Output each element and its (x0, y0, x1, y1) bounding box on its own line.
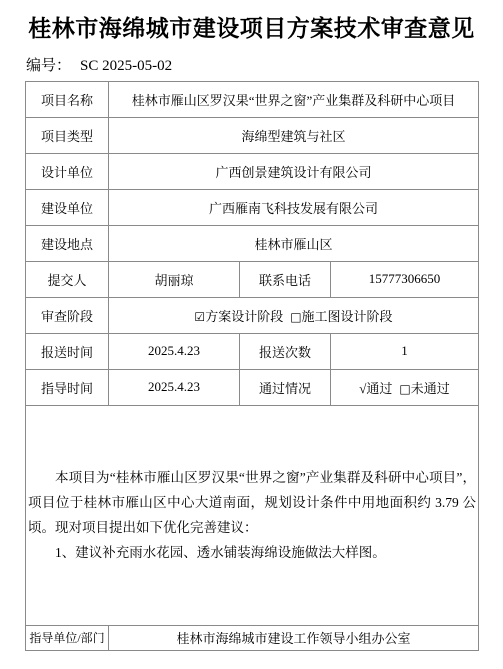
pass-status-fail-text: 未通过 (411, 381, 450, 396)
guide-time-value: 2025.4.23 (109, 369, 240, 405)
guide-time-label: 指导时间 (26, 369, 109, 405)
location-value: 桂林市雁山区 (109, 225, 479, 261)
guide-unit-value: 桂林市海绵城市建设工作领导小组办公室 (109, 625, 479, 650)
review-stage-value: ☑方案设计阶段□施工图设计阶段 (109, 297, 479, 333)
row-submit-time: 报送时间 2025.4.23 报送次数 1 (26, 333, 479, 369)
page-title: 桂林市海绵城市建设项目方案技术审查意见 (0, 15, 503, 43)
review-stage-option2-text: 施工图设计阶段 (302, 309, 393, 324)
phone-value: 15777306650 (331, 261, 479, 297)
review-stage-option1-text: 方案设计阶段 (205, 309, 283, 324)
construction-unit-value: 广西雁南飞科技发展有限公司 (109, 189, 479, 225)
checkbox-unchecked-icon: □ (290, 310, 301, 324)
row-project-name: 项目名称 桂林市雁山区罗汉果“世界之窗”产业集群及科研中心项目 (26, 81, 479, 117)
construction-unit-label: 建设单位 (26, 189, 109, 225)
submit-time-value: 2025.4.23 (109, 333, 240, 369)
row-review-stage: 审查阶段 ☑方案设计阶段□施工图设计阶段 (26, 297, 479, 333)
project-name-label: 项目名称 (26, 81, 109, 117)
review-form-table: 项目名称 桂林市雁山区罗汉果“世界之窗”产业集群及科研中心项目 项目类型 海绵型… (25, 81, 479, 651)
pass-status-label: 通过情况 (240, 369, 331, 405)
submit-count-label: 报送次数 (240, 333, 331, 369)
row-guide-time: 指导时间 2025.4.23 通过情况 √通过□未通过 (26, 369, 479, 405)
project-type-label: 项目类型 (26, 117, 109, 153)
pass-status-pass-text: 通过 (366, 381, 392, 396)
row-design-unit: 设计单位 广西创景建筑设计有限公司 (26, 153, 479, 189)
checkbox-unchecked-icon: □ (399, 382, 410, 396)
review-comments-cell: 本项目为“桂林市雁山区罗汉果“世界之窗”产业集群及科研中心项目”，项目位于桂林市… (26, 405, 479, 625)
project-type-value: 海绵型建筑与社区 (109, 117, 479, 153)
pass-status-value: √通过□未通过 (331, 369, 479, 405)
review-stage-label: 审查阶段 (26, 297, 109, 333)
doc-number-value: SC 2025-05-02 (80, 58, 172, 74)
doc-number-label: 编号： (26, 58, 71, 74)
document-page: 桂林市海绵城市建设项目方案技术审查意见 编号：SC 2025-05-02 项目名… (0, 0, 503, 669)
row-guide-unit: 指导单位/部门 桂林市海绵城市建设工作领导小组办公室 (26, 625, 479, 650)
row-submitter: 提交人 胡丽琼 联系电话 15777306650 (26, 261, 479, 297)
submitter-value: 胡丽琼 (109, 261, 240, 297)
location-label: 建设地点 (26, 225, 109, 261)
doc-number: 编号：SC 2025-05-02 (26, 54, 503, 75)
design-unit-value: 广西创景建筑设计有限公司 (109, 153, 479, 189)
project-name-value: 桂林市雁山区罗汉果“世界之窗”产业集群及科研中心项目 (109, 81, 479, 117)
submit-time-label: 报送时间 (26, 333, 109, 369)
phone-label: 联系电话 (240, 261, 331, 297)
submitter-label: 提交人 (26, 261, 109, 297)
row-project-type: 项目类型 海绵型建筑与社区 (26, 117, 479, 153)
row-review-comments: 本项目为“桂林市雁山区罗汉果“世界之窗”产业集群及科研中心项目”，项目位于桂林市… (26, 405, 479, 625)
review-comments-suggestion: 1、建议补充雨水花园、透水铺装海绵设施做法大样图。 (28, 540, 476, 565)
submit-count-value: 1 (331, 333, 479, 369)
row-location: 建设地点 桂林市雁山区 (26, 225, 479, 261)
guide-unit-label: 指导单位/部门 (26, 625, 109, 650)
review-comments-paragraph: 本项目为“桂林市雁山区罗汉果“世界之窗”产业集群及科研中心项目”，项目位于桂林市… (28, 465, 476, 540)
design-unit-label: 设计单位 (26, 153, 109, 189)
checkbox-checked-icon: ☑ (194, 310, 205, 324)
row-construction-unit: 建设单位 广西雁南飞科技发展有限公司 (26, 189, 479, 225)
